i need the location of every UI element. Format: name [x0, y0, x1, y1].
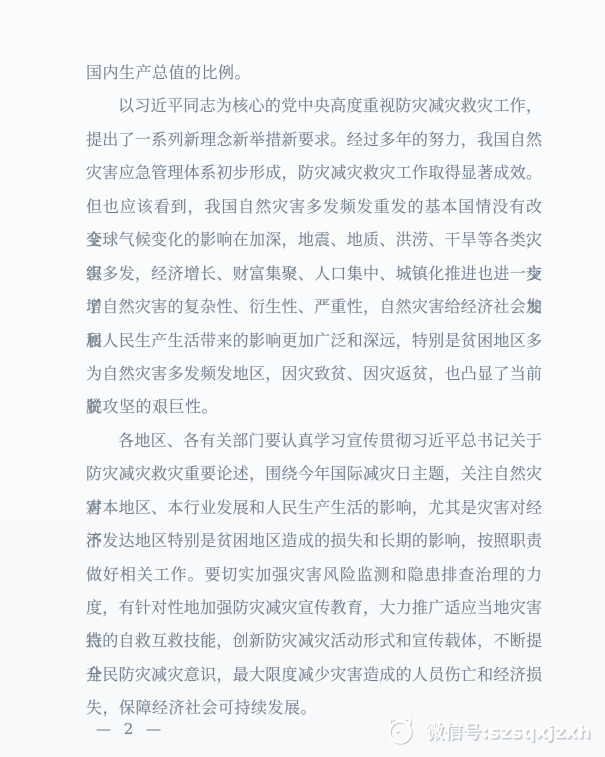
document-lines: 国内生产总值的比例。以习近平同志为核心的党中央高度重视防灾减灾救灾工作，提出了一…: [86, 56, 542, 725]
text-line: 全球气候变化的影响在加深，地震、地质、洪涝、干旱等各类灾害交: [86, 223, 542, 256]
text-line: 提出了一系列新理念新举措新要求。经过多年的努力，我国自然: [86, 123, 542, 156]
text-line: 和人民生产生活带来的影响更加广泛和深远，特别是贫困地区多: [86, 324, 542, 357]
page-number: — 2 —: [96, 720, 165, 738]
text-line: 贫攻坚的艰巨性。: [86, 390, 542, 423]
text-line: 以习近平同志为核心的党中央高度重视防灾减灾救灾工作，: [86, 89, 542, 122]
text-line: 国内生产总值的比例。: [86, 56, 542, 89]
watermark-label: 微信号:szsqxjzxh: [426, 718, 591, 744]
text-line: 防灾减灾救灾重要论述，围绕今年国际减灾日主题，关注自然灾害: [86, 457, 542, 490]
text-line: 了自然灾害的复杂性、衍生性、严重性，自然灾害给经济社会发展: [86, 290, 542, 323]
scanned-document-page: 国内生产总值的比例。以习近平同志为核心的党中央高度重视防灾减灾救灾工作，提出了一…: [0, 0, 605, 757]
text-line: 灾害应急管理体系初步形成，防灾减灾救灾工作取得显著成效。: [86, 156, 542, 189]
text-line: 点的自救互救技能，创新防灾减灾活动形式和宣传载体，不断提升: [86, 624, 542, 657]
text-line: 各地区、各有关部门要认真学习宣传贯彻习近平总书记关于: [86, 424, 542, 457]
text-line: 对本地区、本行业发展和人民生产生活的影响，尤其是灾害对经济: [86, 491, 542, 524]
text-line: 织多发，经济增长、财富集聚、人口集中、城镇化推进也进一步增加: [86, 257, 542, 290]
text-line: 度，有针对性地加强防灾减灾宣传教育，大力推广适应当地灾害特: [86, 591, 542, 624]
text-line: 全民防灾减灾意识，最大限度减少灾害造成的人员伤亡和经济损: [86, 658, 542, 691]
wechat-logo-icon: [385, 716, 419, 746]
text-line: 但也应该看到，我国自然灾害多发频发重发的基本国情没有改变，: [86, 190, 542, 223]
text-line: 不发达地区特别是贫困地区造成的损失和长期的影响，按照职责: [86, 524, 542, 557]
watermark: 微信号:szsqxjzxh: [385, 716, 591, 746]
text-line: 做好相关工作。要切实加强灾害风险监测和隐患排查治理的力: [86, 558, 542, 591]
text-line: 为自然灾害多发频发地区，因灾致贫、因灾返贫，也凸显了当前脱: [86, 357, 542, 390]
